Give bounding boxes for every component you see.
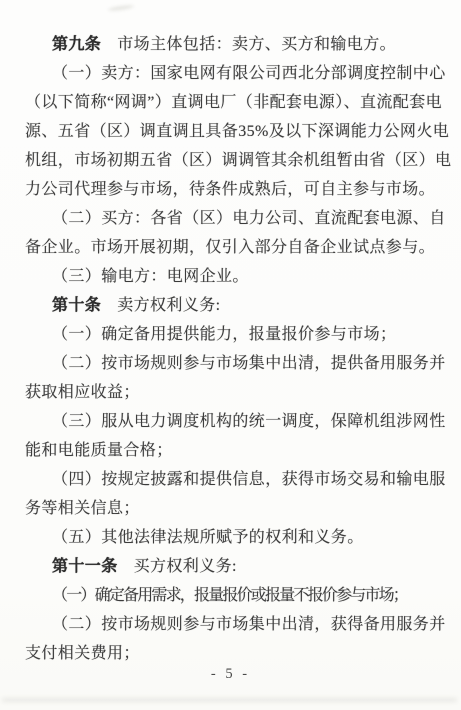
article-heading: 第十一条 bbox=[52, 558, 118, 575]
line-text: 备企业。市场开展初期，仅引入部分自备企业试点参与。 bbox=[25, 239, 435, 256]
line-text: （三）输电方：电网企业。 bbox=[52, 268, 249, 285]
text-line: （二）按市场规则参与市场集中出清，获得备用服务并 bbox=[25, 610, 429, 639]
text-line: 第十一条买方权利义务: bbox=[25, 552, 429, 581]
line-text: （一）卖方：国家电网有限公司西北分部调度控制中心 bbox=[52, 65, 446, 82]
line-text: （四）按规定披露和提供信息，获得市场交易和输电服 bbox=[52, 471, 446, 488]
line-text: 源、五省（区）调直调且具备35%及以下深调能力公网火电 bbox=[25, 123, 449, 140]
line-text: 力公司代理参与市场，待条件成熟后，可自主参与市场。 bbox=[25, 181, 435, 198]
text-line: （四）按规定披露和提供信息，获得市场交易和输电服 bbox=[25, 465, 429, 494]
text-line: （三）服从电力调度机构的统一调度，保障机组涉网性 bbox=[25, 407, 429, 436]
text-line: （三）输电方：电网企业。 bbox=[25, 262, 429, 291]
line-text: （三）服从电力调度机构的统一调度，保障机组涉网性 bbox=[52, 413, 446, 430]
text-line: 获取相应收益； bbox=[25, 378, 429, 407]
text-line: 备企业。市场开展初期，仅引入部分自备企业试点参与。 bbox=[25, 233, 429, 262]
text-line: 能和电能质量合格； bbox=[25, 436, 429, 465]
line-text: 务等相关信息； bbox=[25, 500, 140, 517]
document-page: 第九条市场主体包括：卖方、买方和输电方。（一）卖方：国家电网有限公司西北分部调度… bbox=[0, 0, 461, 710]
text-line: 第九条市场主体包括：卖方、买方和输电方。 bbox=[25, 30, 429, 59]
line-text: 支付相关费用； bbox=[25, 645, 140, 662]
line-text: （以下简称“网调”）直调电厂（非配套电源）、直流配套电 bbox=[25, 94, 442, 111]
line-text: 卖方权利义务: bbox=[117, 297, 220, 314]
line-text: （二）按市场规则参与市场集中出清，获得备用服务并 bbox=[52, 616, 446, 633]
text-line: 机组，市场初期五省（区）调调管其余机组暂由省（区）电 bbox=[25, 146, 429, 175]
line-text: （一）确定备用需求，报量报价或报量不报价参与市场； bbox=[52, 587, 407, 604]
line-text: 机组，市场初期五省（区）调调管其余机组暂由省（区）电 bbox=[25, 152, 451, 169]
line-text: 获取相应收益； bbox=[25, 384, 140, 401]
text-line: （二）按市场规则参与市场集中出清，提供备用服务并 bbox=[25, 349, 429, 378]
text-line: （一）卖方：国家电网有限公司西北分部调度控制中心 bbox=[25, 59, 429, 88]
text-line: （以下简称“网调”）直调电厂（非配套电源）、直流配套电 bbox=[25, 88, 429, 117]
text-line: （一）确定备用需求，报量报价或报量不报价参与市场； bbox=[25, 581, 429, 610]
scan-shadow bbox=[2, 698, 457, 702]
text-line: （二）买方：各省（区）电力公司、直流配套电源、自 bbox=[25, 204, 429, 233]
line-text: （五）其他法律法规所赋予的权利和义务。 bbox=[52, 529, 364, 546]
text-line: （五）其他法律法规所赋予的权利和义务。 bbox=[25, 523, 429, 552]
text-line: 第十条卖方权利义务: bbox=[25, 291, 429, 320]
line-text: （二）买方：各省（区）电力公司、直流配套电源、自 bbox=[52, 210, 446, 227]
text-line: 务等相关信息； bbox=[25, 494, 429, 523]
article-heading: 第九条 bbox=[52, 36, 101, 53]
page-number: - 5 - bbox=[0, 664, 461, 684]
scan-smudge bbox=[108, 4, 134, 12]
article-heading: 第十条 bbox=[52, 297, 101, 314]
text-line: 源、五省（区）调直调且具备35%及以下深调能力公网火电 bbox=[25, 117, 429, 146]
line-text: 市场主体包括：卖方、买方和输电方。 bbox=[117, 36, 396, 53]
document-body: 第九条市场主体包括：卖方、买方和输电方。（一）卖方：国家电网有限公司西北分部调度… bbox=[25, 30, 429, 668]
line-text: 买方权利义务: bbox=[134, 558, 237, 575]
line-text: 能和电能质量合格； bbox=[25, 442, 173, 459]
line-text: （二）按市场规则参与市场集中出清，提供备用服务并 bbox=[52, 355, 446, 372]
text-line: 力公司代理参与市场，待条件成熟后，可自主参与市场。 bbox=[25, 175, 429, 204]
text-line: （一）确定备用提供能力，报量报价参与市场； bbox=[25, 320, 429, 349]
line-text: （一）确定备用提供能力，报量报价参与市场； bbox=[52, 326, 396, 343]
